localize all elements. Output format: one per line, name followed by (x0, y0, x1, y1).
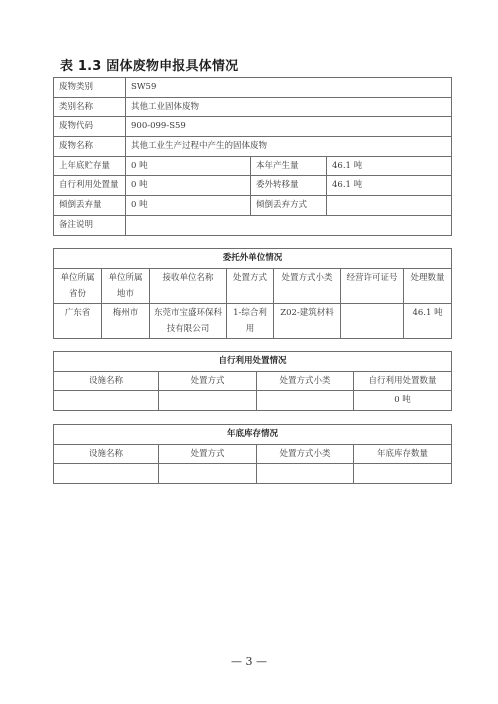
table-row: 上年底贮存量 0 吨 本年产生量 46.1 吨 (54, 156, 452, 176)
section-heading-row: 年底库存情况 (54, 425, 452, 445)
col-header-subtype: 处置方式小类 (257, 444, 354, 464)
table-row (54, 464, 452, 484)
label-last-year-storage: 上年底贮存量 (54, 156, 126, 176)
col-header-facility: 设施名称 (54, 444, 159, 464)
label-waste-category: 废物类别 (54, 78, 126, 98)
label-dumping-method: 倾倒丢弃方式 (251, 196, 327, 216)
label-outsourced-amount: 委外转移量 (251, 176, 327, 196)
column-header-row: 设施名称 处置方式 处置方式小类 自行利用处置数量 (54, 371, 452, 391)
table-row: 广东省 梅州市 东莞市宝盛环保科技有限公司 1-综合利用 Z02-建筑材料 46… (54, 303, 452, 338)
label-remarks: 备注说明 (54, 215, 126, 235)
outsourced-units-table: 委托外单位情况 单位所属省份 单位所属地市 接收单位名称 处置方式 处置方式小类… (53, 248, 452, 339)
table-row: 自行利用处置量 0 吨 委外转移量 46.1 吨 (54, 176, 452, 196)
table-row: 0 吨 (54, 391, 452, 411)
table-row: 备注说明 (54, 215, 452, 235)
waste-basic-info-table: 废物类别 SW59 类别名称 其他工业固体废物 废物代码 900-099-S59… (53, 77, 452, 236)
cell-subtype: Z02-建筑材料 (274, 303, 341, 338)
col-header-method: 处置方式 (159, 371, 257, 391)
label-annual-production: 本年产生量 (251, 156, 327, 176)
col-header-facility: 设施名称 (54, 371, 159, 391)
label-self-use-amount: 自行利用处置量 (54, 176, 126, 196)
value-category-name: 其他工业固体废物 (126, 97, 452, 117)
cell-facility (54, 391, 159, 411)
value-waste-code: 900-099-S59 (126, 117, 452, 137)
col-header-quantity: 年底库存数量 (354, 444, 452, 464)
col-header-license: 经营许可证号 (341, 268, 404, 303)
value-self-use-amount: 0 吨 (126, 176, 251, 196)
col-header-quantity: 处理数量 (404, 268, 452, 303)
value-dumping-method (327, 196, 452, 216)
table-row: 类别名称 其他工业固体废物 (54, 97, 452, 117)
col-header-subtype: 处置方式小类 (257, 371, 354, 391)
value-remarks (126, 215, 452, 235)
cell-method (159, 391, 257, 411)
cell-facility (54, 464, 159, 484)
cell-license (341, 303, 404, 338)
section-heading-row: 自行利用处置情况 (54, 352, 452, 372)
section-heading: 委托外单位情况 (54, 249, 452, 269)
section-heading: 年底库存情况 (54, 425, 452, 445)
section-heading-row: 委托外单位情况 (54, 249, 452, 269)
cell-province: 广东省 (54, 303, 102, 338)
cell-city: 梅州市 (102, 303, 150, 338)
table-row: 倾倒丢弃量 0 吨 倾倒丢弃方式 (54, 196, 452, 216)
page-number: — 3 — (0, 655, 498, 668)
value-outsourced-amount: 46.1 吨 (327, 176, 452, 196)
label-waste-name: 废物名称 (54, 137, 126, 157)
value-dumped-amount: 0 吨 (126, 196, 251, 216)
cell-method: 1-综合利用 (227, 303, 274, 338)
table-row: 废物类别 SW59 (54, 78, 452, 98)
column-header-row: 设施名称 处置方式 处置方式小类 年底库存数量 (54, 444, 452, 464)
cell-receiver: 东莞市宝盛环保科技有限公司 (150, 303, 227, 338)
table-title: 表 1.3 固体废物申报具体情况 (60, 55, 238, 74)
table-row: 废物代码 900-099-S59 (54, 117, 452, 137)
year-end-inventory-table: 年底库存情况 设施名称 处置方式 处置方式小类 年底库存数量 (53, 424, 452, 484)
col-header-subtype: 处置方式小类 (274, 268, 341, 303)
col-header-quantity: 自行利用处置数量 (354, 371, 452, 391)
column-header-row: 单位所属省份 单位所属地市 接收单位名称 处置方式 处置方式小类 经营许可证号 … (54, 268, 452, 303)
value-annual-production: 46.1 吨 (327, 156, 452, 176)
col-header-method: 处置方式 (227, 268, 274, 303)
label-dumped-amount: 倾倒丢弃量 (54, 196, 126, 216)
cell-method (159, 464, 257, 484)
label-waste-code: 废物代码 (54, 117, 126, 137)
self-use-disposal-table: 自行利用处置情况 设施名称 处置方式 处置方式小类 自行利用处置数量 0 吨 (53, 351, 452, 411)
value-waste-name: 其他工业生产过程中产生的固体废物 (126, 137, 452, 157)
value-last-year-storage: 0 吨 (126, 156, 251, 176)
label-category-name: 类别名称 (54, 97, 126, 117)
col-header-method: 处置方式 (159, 444, 257, 464)
value-waste-category: SW59 (126, 78, 452, 98)
table-row: 废物名称 其他工业生产过程中产生的固体废物 (54, 137, 452, 157)
cell-quantity (354, 464, 452, 484)
section-heading: 自行利用处置情况 (54, 352, 452, 372)
cell-quantity: 0 吨 (354, 391, 452, 411)
col-header-province: 单位所属省份 (54, 268, 102, 303)
col-header-city: 单位所属地市 (102, 268, 150, 303)
cell-quantity: 46.1 吨 (404, 303, 452, 338)
cell-subtype (257, 464, 354, 484)
cell-subtype (257, 391, 354, 411)
col-header-receiver: 接收单位名称 (150, 268, 227, 303)
